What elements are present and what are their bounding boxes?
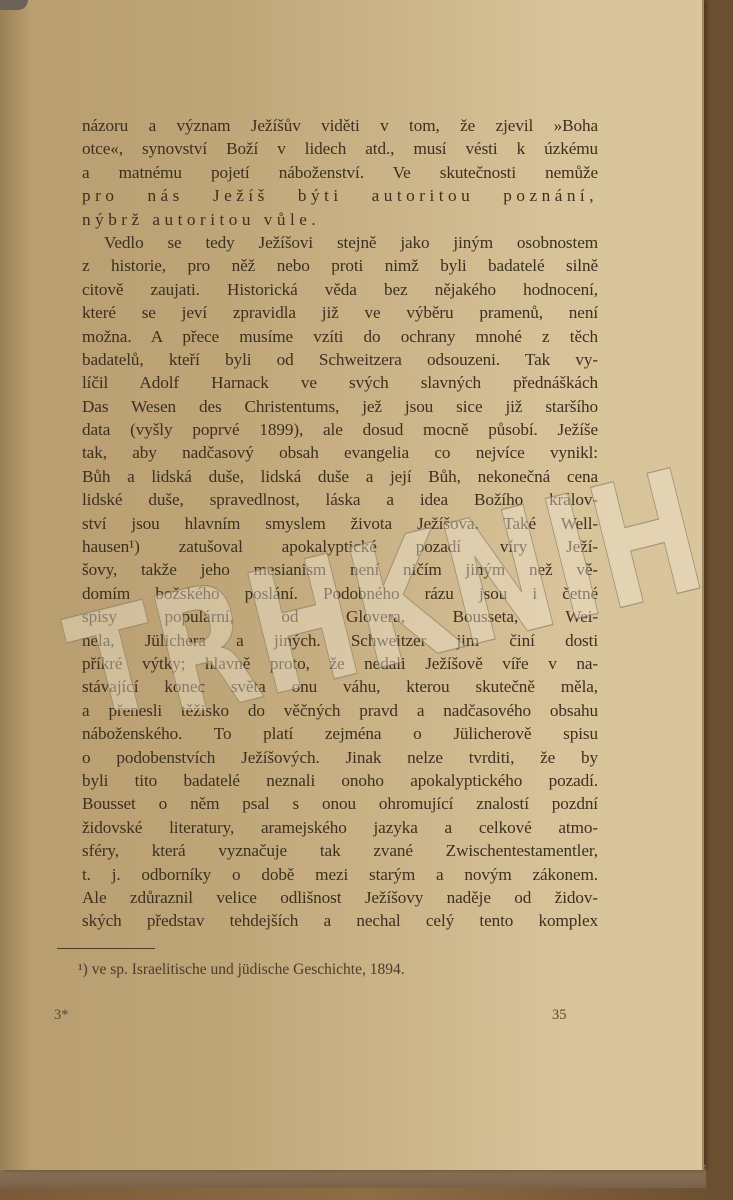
text-line: byli tito badatelé neznali onoho apokaly… — [82, 769, 598, 792]
text-line: spisy populární, od Glovera, Bousseta, W… — [82, 605, 598, 628]
text-line: židovské literatury, aramejského jazyka … — [82, 816, 598, 839]
footnote-rule — [57, 948, 155, 949]
text-line: příkré výtky; hlavně proto, že nedali Je… — [82, 652, 598, 675]
book-page: názoru a význam Ježíšův viděti v tom, že… — [0, 0, 704, 1170]
text-line: tak, aby nadčasový obsah evangelia co ne… — [82, 441, 598, 464]
text-line: ských představ tehdejších a nechal celý … — [82, 909, 598, 932]
signature-mark: 3* — [54, 1007, 69, 1024]
text-line: Vedlo se tedy Ježíšovi stejně jako jiným… — [82, 231, 598, 254]
text-line: z historie, pro něž nebo proti nimž byli… — [82, 254, 598, 277]
text-line: Bůh a lidská duše, lidská duše a její Bů… — [82, 465, 598, 488]
text-line: ství jsou hlavním smyslem života Ježíšov… — [82, 512, 598, 535]
body-text: názoru a význam Ježíšův viděti v tom, že… — [82, 114, 598, 933]
page-number: 35 — [552, 1007, 567, 1024]
text-line: náboženského. To platí zejména o Jüliche… — [82, 722, 598, 745]
text-line: citově zaujati. Historická věda bez něja… — [82, 278, 598, 301]
text-line: hausen¹) zatušoval apokalyptické pozadí … — [82, 535, 598, 558]
text-line: lidské duše, spravedlnost, láska a idea … — [82, 488, 598, 511]
text-line: šovy, takže jeho mesianism není ničím ji… — [82, 558, 598, 581]
text-line: badatelů, kteří byli od Schweitzera odso… — [82, 348, 598, 371]
text-line: data (vyšly poprvé 1899), ale dosud mocn… — [82, 418, 598, 441]
footnote: ¹) ve sp. Israelitische und jüdische Ges… — [78, 961, 405, 979]
text-line: nýbrž autoritou vůle. — [82, 208, 598, 231]
text-line: sféry, která vyznačuje tak zvané Zwische… — [82, 839, 598, 862]
text-line: stávající konec světa onu váhu, kterou s… — [82, 675, 598, 698]
text-line: otce«, synovství Boží v lidech atd., mus… — [82, 137, 598, 160]
text-line: a matnému pojetí náboženství. Ve skutečn… — [82, 161, 598, 184]
text-line: názoru a význam Ježíšův viděti v tom, že… — [82, 114, 598, 137]
text-line: Das Wesen des Christentums, jež jsou sic… — [82, 395, 598, 418]
text-line: pro nás Ježíš býti autoritou poznání, — [82, 184, 598, 207]
text-line: Bousset o něm psal s onou ohromující zna… — [82, 792, 598, 815]
text-line: a přenesli těžisko do věčných pravd a na… — [82, 699, 598, 722]
corner-shadow — [0, 0, 28, 10]
text-line: Ale zdůraznil velice odlišnost Ježíšovy … — [82, 886, 598, 909]
text-line: nela, Jülichera a jiných. Schweitzer jim… — [82, 629, 598, 652]
text-line: domím božského poslání. Podobného rázu j… — [82, 582, 598, 605]
text-line: které se jeví zpravidla již ve výběru pr… — [82, 301, 598, 324]
footnote-marker: ¹) — [78, 961, 88, 978]
text-line: líčil Adolf Harnack ve svých slavných př… — [82, 371, 598, 394]
footnote-text: ve sp. Israelitische und jüdische Geschi… — [92, 961, 405, 978]
text-line: o podobenstvích Ježíšových. Jinak nelze … — [82, 746, 598, 769]
text-line: možna. A přece musíme vzíti do ochrany m… — [82, 325, 598, 348]
text-line: t. j. odborníky o době mezi starým a nov… — [82, 863, 598, 886]
